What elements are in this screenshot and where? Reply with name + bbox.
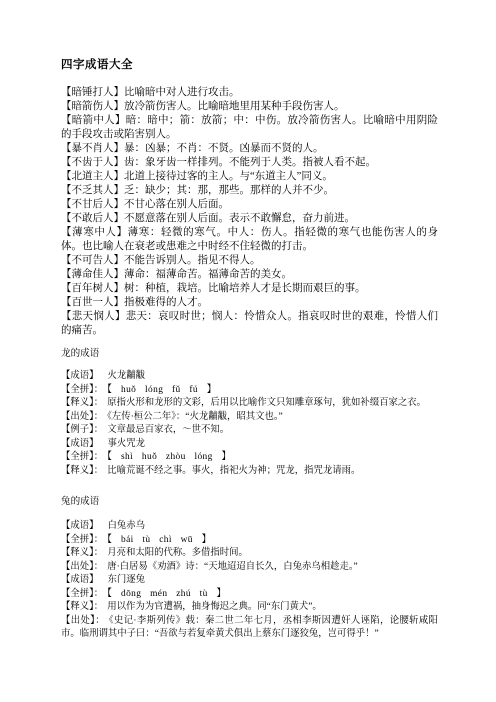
pinyin-line: 【全拼】：【 huǒ lóng fǔ fú 】 — [61, 384, 438, 398]
field-value: 原指火形和龙形的文彩，后用以比喻作文只知雕章琢句，犹如补缀百家之衣。 — [107, 398, 426, 408]
source-line: 【出处】：《左传·桓公二年》：“火龙黼黻，昭其文也。” — [61, 411, 438, 425]
field-label: 【全拼】： — [61, 452, 103, 462]
idiom-headword: 【北道主人】 — [61, 171, 124, 182]
idiom-headword: 【悲天悯人】 — [61, 311, 126, 322]
idiom-entry: 【薄命佳人】薄命：福薄命苦。福薄命苦的美女。 — [61, 268, 438, 282]
idiom-headword: 【百世一人】 — [61, 297, 124, 308]
source-line: 【出处】：唐·白居易《劝酒》诗：“天地迢迢自长久，白兔赤乌相趁走。” — [61, 561, 438, 575]
idiom-definition: 北道上接待过客的主人。与“东道主人”同义。 — [124, 171, 333, 182]
idiom-headword: 【薄命佳人】 — [61, 269, 124, 280]
section-heading-dragon: 龙的成语 — [61, 347, 438, 361]
field-label: 【例子】： — [61, 425, 103, 435]
idiom-headword: 【薄寒中人】 — [61, 227, 128, 238]
field-value: 用以作为为官遭祸，抽身悔迟之典。同“东门黄犬”。 — [107, 602, 322, 612]
field-label: 【成语】 — [61, 371, 99, 381]
field-value: 文章最忌百家衣，～世不知。 — [107, 425, 229, 435]
field-label: 【全拼】： — [61, 535, 103, 545]
field-label: 【成语】 — [61, 521, 99, 531]
field-value: 白兔赤乌 — [108, 521, 146, 531]
field-value: 【 shì huǒ zhòu lóng 】 — [107, 452, 231, 462]
idiom-headword: 【暴不肖人】 — [61, 143, 124, 154]
idiom-entry: 【不可告人】不能告诉别人。指见不得人。 — [61, 254, 438, 268]
chengyu-line: 【成语】白兔赤乌 — [61, 520, 438, 534]
dragon-idiom-block: 【成语】火龙黼黻 【全拼】：【 huǒ lóng fǔ fú 】 【释义】：原指… — [61, 370, 438, 478]
field-label: 【释义】： — [61, 398, 103, 408]
idiom-entry: 【暗箭伤人】放冷箭伤害人。比喻暗地里用某种手段伤害人。 — [61, 100, 438, 114]
idiom-headword: 【不甘后人】 — [61, 199, 124, 210]
field-value: 比喻荒诞不经之事。事火，指祀火为神；咒龙，指咒龙请雨。 — [107, 466, 360, 476]
field-value: 火龙黼黻 — [108, 371, 146, 381]
field-label: 【成语】 — [61, 575, 99, 585]
definition-line: 【释义】：比喻荒诞不经之事。事火，指祀火为神；咒龙，指咒龙请雨。 — [61, 465, 438, 479]
idiom-definition: 齿：象牙齿一样排列。不能列于人类。指被人看不起。 — [124, 157, 376, 168]
field-label: 【全拼】： — [61, 385, 103, 395]
idiom-headword: 【不乏其人】 — [61, 185, 124, 196]
idiom-list: 【暗锤打人】比喻暗中对人进行攻击。 【暗箭伤人】放冷箭伤害人。比喻暗地里用某种手… — [61, 86, 438, 338]
field-label: 【释义】： — [61, 466, 103, 476]
definition-line: 【释义】：用以作为为官遭祸，抽身悔迟之典。同“东门黄犬”。 — [61, 601, 438, 615]
field-value: 【 bái tù chì wū 】 — [107, 535, 211, 545]
field-value: 《史记·李斯列传》载：秦二世二年七月，丞相李斯因遭奸人诬陷，论腰斩咸阳市。临刑谓… — [61, 616, 438, 640]
idiom-entry: 【百年树人】树：种植，栽培。比喻培养人才是长期而艰巨的事。 — [61, 282, 438, 296]
idiom-entry: 【暗箭中人】暗：暗中；箭：放箭；中：中伤。放冷箭伤害人。比喻暗中用阴险的手段攻击… — [61, 114, 438, 142]
idiom-entry: 【不乏其人】乏：缺少；其：那，那些。那样的人并不少。 — [61, 184, 438, 198]
idiom-definition: 不甘心落在别人后面。 — [124, 199, 229, 210]
idiom-headword: 【不可告人】 — [61, 255, 124, 266]
field-label: 【成语】 — [61, 439, 99, 449]
definition-line: 【释义】：原指火形和龙形的文彩，后用以比喻作文只知雕章琢句，犹如补缀百家之衣。 — [61, 397, 438, 411]
idiom-entry: 【不敢后人】不愿意落在别人后面。表示不敢懈怠，奋力前进。 — [61, 212, 438, 226]
field-value: 事火咒龙 — [108, 439, 146, 449]
chengyu-line: 【成语】火龙黼黻 — [61, 370, 438, 384]
field-label: 【出处】： — [61, 616, 105, 626]
example-line: 【例子】：文章最忌百家衣，～世不知。 — [61, 424, 438, 438]
field-value: 东门逐兔 — [108, 575, 146, 585]
idiom-definition: 薄命：福薄命苦。福薄命苦的美女。 — [124, 269, 292, 280]
pinyin-line: 【全拼】：【 shì huǒ zhòu lóng 】 — [61, 451, 438, 465]
idiom-definition: 乏：缺少；其：那，那些。那样的人并不少。 — [124, 185, 334, 196]
pinyin-line: 【全拼】：【 bái tù chì wū 】 — [61, 534, 438, 548]
field-value: 【 dōng mén zhú tù 】 — [107, 589, 226, 599]
idiom-definition: 树：种植，栽培。比喻培养人才是长期而艰巨的事。 — [124, 283, 366, 294]
chengyu-line: 【成语】事火咒龙 — [61, 438, 438, 452]
idiom-definition: 指极难得的人才。 — [124, 297, 208, 308]
idiom-entry: 【北道主人】北道上接待过客的主人。与“东道主人”同义。 — [61, 170, 438, 184]
idiom-entry: 【不齿于人】齿：象牙齿一样排列。不能列于人类。指被人看不起。 — [61, 156, 438, 170]
field-label: 【释义】： — [61, 548, 103, 558]
idiom-headword: 【不齿于人】 — [61, 157, 124, 168]
idiom-definition: 比喻暗中对人进行攻击。 — [124, 87, 240, 98]
idiom-definition: 不能告诉别人。指见不得人。 — [124, 255, 261, 266]
field-value: 唐·白居易《劝酒》诗：“天地迢迢自长久，白兔赤乌相趁走。” — [107, 562, 358, 572]
idiom-entry: 【暗锤打人】比喻暗中对人进行攻击。 — [61, 86, 438, 100]
idiom-definition: 暴：凶暴；不肖：不贤。凶暴而不贤的人。 — [124, 143, 324, 154]
idiom-definition: 不愿意落在别人后面。表示不敢懈怠，奋力前进。 — [124, 213, 355, 224]
field-value: 【 huǒ lóng fǔ fú 】 — [107, 385, 216, 395]
source-line: 【出处】：《史记·李斯列传》载：秦二世二年七月，丞相李斯因遭奸人诬陷，论腰斩咸阳… — [61, 615, 438, 642]
field-label: 【释义】： — [61, 602, 103, 612]
rabbit-idiom-block: 【成语】白兔赤乌 【全拼】：【 bái tù chì wū 】 【释义】：月亮和… — [61, 520, 438, 642]
field-value: 《左传·桓公二年》：“火龙黼黻，昭其文也。” — [107, 412, 283, 422]
field-value: 月亮和太阳的代称。多借指时间。 — [107, 548, 248, 558]
idiom-entry: 【百世一人】指极难得的人才。 — [61, 296, 438, 310]
idiom-headword: 【暗锤打人】 — [61, 87, 124, 98]
field-label: 【全拼】： — [61, 589, 103, 599]
section-heading-rabbit: 兔的成语 — [61, 495, 438, 509]
definition-line: 【释义】：月亮和太阳的代称。多借指时间。 — [61, 547, 438, 561]
idiom-definition: 放冷箭伤害人。比喻暗地里用某种手段伤害人。 — [124, 101, 345, 112]
idiom-entry: 【悲天悯人】悲天：哀叹时世；悯人：怜惜众人。指哀叹时世的艰难，怜惜人们的痛苦。 — [61, 310, 438, 338]
idiom-entry: 【暴不肖人】暴：凶暴；不肖：不贤。凶暴而不贤的人。 — [61, 142, 438, 156]
pinyin-line: 【全拼】：【 dōng mén zhú tù 】 — [61, 588, 438, 602]
idiom-headword: 【不敢后人】 — [61, 213, 124, 224]
field-label: 【出处】： — [61, 412, 103, 422]
idiom-headword: 【暗箭伤人】 — [61, 101, 124, 112]
idiom-headword: 【暗箭中人】 — [61, 115, 126, 126]
idiom-headword: 【百年树人】 — [61, 283, 124, 294]
chengyu-line: 【成语】东门逐兔 — [61, 574, 438, 588]
document-title: 四字成语大全 — [61, 58, 438, 72]
field-label: 【出处】： — [61, 562, 103, 572]
idiom-entry: 【薄寒中人】薄寒：轻微的寒气。中人：伤人。指轻微的寒气也能伤害人的身体。也比喻人… — [61, 226, 438, 254]
document-page: 四字成语大全 【暗锤打人】比喻暗中对人进行攻击。 【暗箭伤人】放冷箭伤害人。比喻… — [61, 58, 438, 642]
idiom-entry: 【不甘后人】不甘心落在别人后面。 — [61, 198, 438, 212]
